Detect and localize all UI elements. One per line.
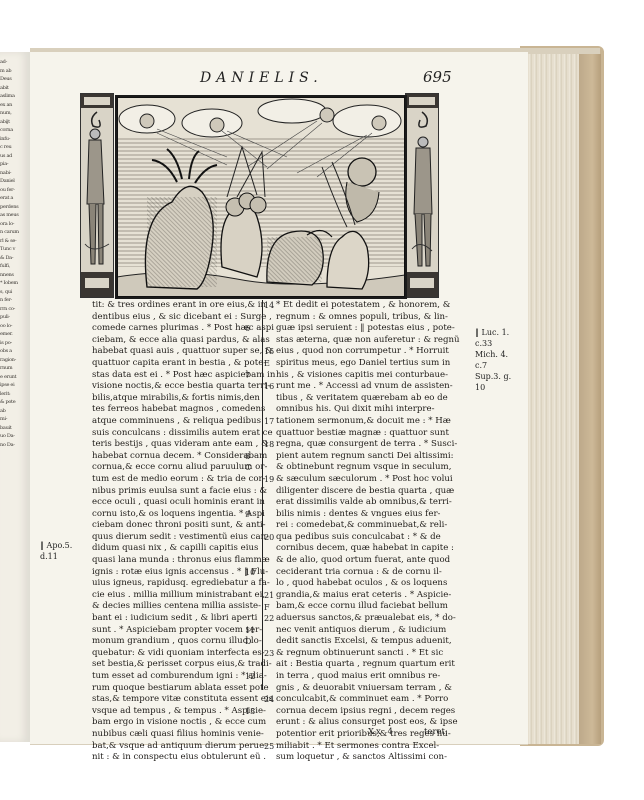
text-line: runt me . * Accessi ad vnum de assisten- bbox=[276, 381, 466, 393]
left-page-line: nabi- bbox=[0, 169, 26, 178]
verse-number: 22 bbox=[264, 613, 274, 625]
verse-number: 8 bbox=[245, 451, 250, 463]
text-line: ciebam, & ecce alia quasi pardus, & alas bbox=[92, 335, 242, 347]
left-pillar bbox=[80, 93, 114, 298]
four-beasts-woodcut-icon bbox=[117, 97, 405, 297]
running-head: DANIELIS. bbox=[200, 70, 323, 86]
text-line: bilis nimis : dentes & vngues eius fer- bbox=[276, 509, 466, 521]
text-line: bam ergo in visione noctis , & ecce cum bbox=[92, 717, 242, 729]
text-line: regnum : & omnes populi, tribus, & lin- bbox=[276, 312, 466, 324]
left-page-line: erat a bbox=[0, 194, 26, 203]
left-page-line: c reu bbox=[0, 143, 26, 152]
text-line: uius igneus, rapidusq. egrediebatur a fa… bbox=[92, 578, 242, 590]
margin-note-line: c.7 bbox=[475, 360, 511, 371]
text-line: dentibus eius , & sic dicebant ei : Surg… bbox=[92, 312, 242, 324]
text-line: didum quasi nix , & capilli capitis eius bbox=[92, 543, 242, 555]
margin-note-line: d.11 bbox=[40, 551, 72, 562]
text-line: erat dissimilis valde ab omnibus,& terri… bbox=[276, 497, 466, 509]
text-column-right: * Et dedit ei potestatem , & honorem, &r… bbox=[276, 300, 466, 764]
pillar-figure-icon bbox=[81, 94, 113, 297]
text-line: stas data est ei . * Post hæc aspiciebam… bbox=[92, 370, 242, 382]
verse-number: 23 bbox=[264, 648, 274, 660]
signature-mark: Xx 4 bbox=[368, 727, 395, 737]
text-line: nubibus cæli quasi filius hominis venie- bbox=[92, 729, 242, 741]
left-page-line: e erunt bbox=[0, 373, 26, 382]
text-line: grandia,& maius erat ceteris . * Aspicie… bbox=[276, 590, 466, 602]
text-line: bilis,atque mirabilis,& fortis nimis,den bbox=[92, 393, 242, 405]
text-line: cornua,& ecce cornu aliud paruulum or- bbox=[92, 462, 242, 474]
left-page-line: is po- bbox=[0, 339, 26, 348]
text-line: dedit sanctis Excelsi, & tempus aduenit, bbox=[276, 636, 466, 648]
text-line: sunt . * Aspiciebam propter vocem ser- bbox=[92, 625, 242, 637]
text-line: sum loquetur , & sanctos Altissimi con- bbox=[276, 752, 466, 764]
left-page-line: abit bbox=[0, 84, 26, 93]
margin-note-right: ‖ Luc. 1.c.33Mich. 4.c.7Sup.3. g.10 bbox=[475, 327, 511, 393]
left-page-line: emer. bbox=[0, 330, 26, 339]
text-line: in terra , quod maius erit omnibus re- bbox=[276, 671, 466, 683]
left-page-line: Tunc v bbox=[0, 245, 26, 254]
text-line: habebat quasi auis , quattuor super se, … bbox=[92, 346, 242, 358]
cover-edge bbox=[579, 54, 601, 744]
column-rule bbox=[262, 300, 263, 690]
text-line: lo , quod habebat oculos , & os loquens bbox=[276, 578, 466, 590]
verse-number: 18 bbox=[264, 439, 274, 451]
text-line: ecce oculi , quasi oculi hominis erant i… bbox=[92, 497, 242, 509]
verse-number: 17 bbox=[264, 416, 274, 428]
text-line: tationem sermonum,& docuit me : * Hæ bbox=[276, 416, 466, 428]
text-line: quus dierum sedit : vestimentũ eius can- bbox=[92, 532, 242, 544]
text-line: set bestia,& perisset corpus eius,& trad… bbox=[92, 659, 242, 671]
text-line: miliabit . * Et sermones contra Excel- bbox=[276, 741, 466, 753]
margin-note-line: ‖ Apo.5. bbox=[40, 540, 72, 551]
text-line: tes ferreos habebat magnos , comedens bbox=[92, 404, 242, 416]
left-page-line: Deus bbox=[0, 75, 26, 84]
verse-number: E bbox=[264, 358, 270, 370]
page-number: 695 bbox=[423, 68, 452, 86]
left-page-line: ipse ei bbox=[0, 381, 26, 390]
verse-number: 20 bbox=[264, 532, 274, 544]
left-page-line: corna bbox=[0, 126, 26, 135]
text-line: guæ ipsi seruient : ‖ potestas eius , po… bbox=[276, 323, 466, 335]
left-page-line: rnum bbox=[0, 364, 26, 373]
text-line: teris bestijs , quas videram ante eam , … bbox=[92, 439, 242, 451]
text-line: & sæculum sæculorum . * Post hoc volui bbox=[276, 474, 466, 486]
text-line: vsque ad tempus , & tempus . * Aspicie- bbox=[92, 706, 242, 718]
left-page-line: no Da- bbox=[0, 441, 26, 450]
left-page-line: as meus bbox=[0, 211, 26, 220]
verse-number: 12 bbox=[245, 671, 255, 683]
text-line: cornibus decem, quæ habebat in capite : bbox=[276, 543, 466, 555]
text-line: diligenter discere de bestia quarta , qu… bbox=[276, 486, 466, 498]
verse-number: 6 bbox=[245, 323, 250, 335]
text-column-left: tit: & tres ordines erant in ore eius,& … bbox=[92, 300, 242, 764]
text-line: gnis , & deuorabit vniuersam terram , & bbox=[276, 683, 466, 695]
text-line: quattuor bestiæ magnæ : quattuor sunt bbox=[276, 428, 466, 440]
left-page-line: us ad bbox=[0, 152, 26, 161]
page-edges bbox=[527, 54, 580, 744]
right-pillar bbox=[405, 93, 439, 298]
left-page-line: perdens bbox=[0, 203, 26, 212]
text-line: ignis : rotæ eius ignis accensus . * ‖ F… bbox=[92, 567, 242, 579]
left-page-line: ex an bbox=[0, 101, 26, 110]
text-line: monum grandium , quos cornu illud lo- bbox=[92, 636, 242, 648]
text-line: visione noctis,& ecce bestia quarta terr… bbox=[92, 381, 242, 393]
left-page-line: ad- bbox=[0, 58, 26, 67]
text-line: stas æterna, quæ non auferetur : & regnũ bbox=[276, 335, 466, 347]
verse-number: 24 bbox=[264, 694, 274, 706]
left-page-line: n fer- bbox=[0, 296, 26, 305]
left-page-line: & Da- bbox=[0, 254, 26, 263]
text-line: bat,& vsque ad antiquum dierum perue- bbox=[92, 741, 242, 753]
woodcut-illustration bbox=[115, 95, 407, 299]
text-line: cie eius . millia millium ministrabant e… bbox=[92, 590, 242, 602]
left-page-line: rl & se- bbox=[0, 237, 26, 246]
margin-note-left: ‖ Apo.5.d.11 bbox=[40, 540, 72, 562]
text-line: stas,& tempore vitæ constituta essent ei… bbox=[92, 694, 242, 706]
text-line: nit : & in conspectu eius obtulerunt eũ … bbox=[92, 752, 242, 764]
left-page-line: & pote bbox=[0, 398, 26, 407]
verse-number: D bbox=[245, 636, 251, 648]
text-line: cornu isto,& os loquens ingentia. * Aspi bbox=[92, 509, 242, 521]
text-line: & obtinebunt regnum vsque in seculum, bbox=[276, 462, 466, 474]
text-line: nec venit antiquos dierum , & iudicium bbox=[276, 625, 466, 637]
left-page-line: num, bbox=[0, 109, 26, 118]
margin-note-line: ‖ Luc. 1. bbox=[475, 327, 511, 338]
text-line: his , & visiones capitis mei conturbaue- bbox=[276, 370, 466, 382]
left-page-line: s, qui bbox=[0, 288, 26, 297]
verse-number: 9 bbox=[245, 509, 250, 521]
left-page-line: ora lo- bbox=[0, 220, 26, 229]
text-line: quebatur: & vidi quoniam interfecta es- bbox=[92, 648, 242, 660]
text-line: comede carnes plurimas . * Post hæc aspi bbox=[92, 323, 242, 335]
text-line: tum esset ad comburendum igni : * alia- bbox=[92, 671, 242, 683]
left-page-line: pia- bbox=[0, 160, 26, 169]
text-line: rum quoque bestiarum ablata esset pote bbox=[92, 683, 242, 695]
left-page-line: m ab bbox=[0, 67, 26, 76]
left-page-line: obs a bbox=[0, 347, 26, 356]
text-line: tibus , & veritatem quærebam ab eo de bbox=[276, 393, 466, 405]
text-line: aduersus sanctos,& præualebat eis, * do- bbox=[276, 613, 466, 625]
verse-number: 11 bbox=[245, 625, 255, 637]
text-line: quasi lana munda : thronus eius flammæ bbox=[92, 555, 242, 567]
text-line: conculcabit,& comminuet eam . * Porro bbox=[276, 694, 466, 706]
left-page-line: infu- bbox=[0, 135, 26, 144]
text-line: * Et dedit ei potestatem , & honorem, & bbox=[276, 300, 466, 312]
verse-number: C bbox=[245, 462, 251, 474]
verse-number: 10 bbox=[245, 567, 255, 579]
verse-number: F bbox=[264, 602, 270, 614]
text-line: suis conculcans : dissimilis autem erat … bbox=[92, 428, 242, 440]
verse-number: 16 bbox=[264, 381, 274, 393]
left-page-line: Daniel bbox=[0, 177, 26, 186]
margin-note-line: c.33 bbox=[475, 338, 511, 349]
verse-number: 19 bbox=[264, 474, 274, 486]
pillar-figure-icon bbox=[406, 94, 438, 297]
left-page-line: ou fer- bbox=[0, 186, 26, 195]
text-line: atque comminuens , & reliqua pedibus bbox=[92, 416, 242, 428]
text-line: qua pedibus suis conculcabat : * & de bbox=[276, 532, 466, 544]
text-line: ciebam donec throni positi sunt, & anti- bbox=[92, 520, 242, 532]
text-line: & decies millies centena millia assiste- bbox=[92, 601, 242, 613]
left-page-line: * Iobem bbox=[0, 279, 26, 288]
left-page-line: n carum bbox=[0, 228, 26, 237]
left-page-line: mi- bbox=[0, 415, 26, 424]
verse-number: 7 bbox=[245, 370, 250, 382]
left-page-line: lerit: bbox=[0, 390, 26, 399]
margin-note-line: Mich. 4. bbox=[475, 349, 511, 360]
verse-number: 14 bbox=[264, 300, 274, 312]
left-page-line: nnens bbox=[0, 271, 26, 280]
text-line: bam,& ecce cornu illud faciebat bellum bbox=[276, 601, 466, 613]
verse-number: 15 bbox=[264, 346, 274, 358]
left-page-line: abijt bbox=[0, 118, 26, 127]
verse-number: 21 bbox=[264, 590, 274, 602]
left-page-line: aslima bbox=[0, 92, 26, 101]
left-page-line: fulfi, bbox=[0, 262, 26, 271]
text-line: & de alio, quod ortum fuerat, ante quod bbox=[276, 555, 466, 567]
catchword: teret: bbox=[424, 727, 448, 737]
text-line: spiritus meus, ego Daniel tertius sum in bbox=[276, 358, 466, 370]
text-line: quattuor capita erant in bestia , & pote… bbox=[92, 358, 242, 370]
text-line: bant ei : iudicium sedit , & libri apert… bbox=[92, 613, 242, 625]
margin-note-line: 10 bbox=[475, 382, 511, 393]
text-line: pient autem regnum sancti Dei altissimi: bbox=[276, 451, 466, 463]
left-page-line: oo lo- bbox=[0, 322, 26, 331]
left-page-line: uo Da- bbox=[0, 432, 26, 441]
margin-note-line: Sup.3. g. bbox=[475, 371, 511, 382]
left-page-text: ad-m abDeusabitaslimaex annum,abijtcorna… bbox=[0, 58, 26, 498]
text-line: habebat cornua decem. * Considerabam bbox=[92, 451, 242, 463]
text-line: ceciderant tria cornua : & de cornu il- bbox=[276, 567, 466, 579]
left-page-line: puli- bbox=[0, 313, 26, 322]
text-line: tum est de medio eorum : & tria de cor- bbox=[92, 474, 242, 486]
text-line: ait : Bestia quarta , regnum quartum eri… bbox=[276, 659, 466, 671]
left-page-line: ab bbox=[0, 407, 26, 416]
text-line: & regnum obtinuerunt sancti . * Et sic bbox=[276, 648, 466, 660]
text-line: rei : comedebat,& comminuebat,& reli- bbox=[276, 520, 466, 532]
text-line: eius , quod non corrumpetur . * Horruit bbox=[276, 346, 466, 358]
text-line: regna, quæ consurgent de terra . * Susci… bbox=[276, 439, 466, 451]
text-line: omnibus his. Qui dixit mihi interpre- bbox=[276, 404, 466, 416]
left-page-line: ragion- bbox=[0, 356, 26, 365]
text-line: tit: & tres ordines erant in ore eius,& … bbox=[92, 300, 242, 312]
left-page-line: bauit bbox=[0, 424, 26, 433]
left-page-line: rrn co- bbox=[0, 305, 26, 314]
verse-number: 25 bbox=[264, 741, 274, 753]
verse-number: 13 bbox=[245, 706, 255, 718]
text-line: nibus primis euulsa sunt a facie eius : … bbox=[92, 486, 242, 498]
text-line: cornua decem ipsius regni , decem reges bbox=[276, 706, 466, 718]
